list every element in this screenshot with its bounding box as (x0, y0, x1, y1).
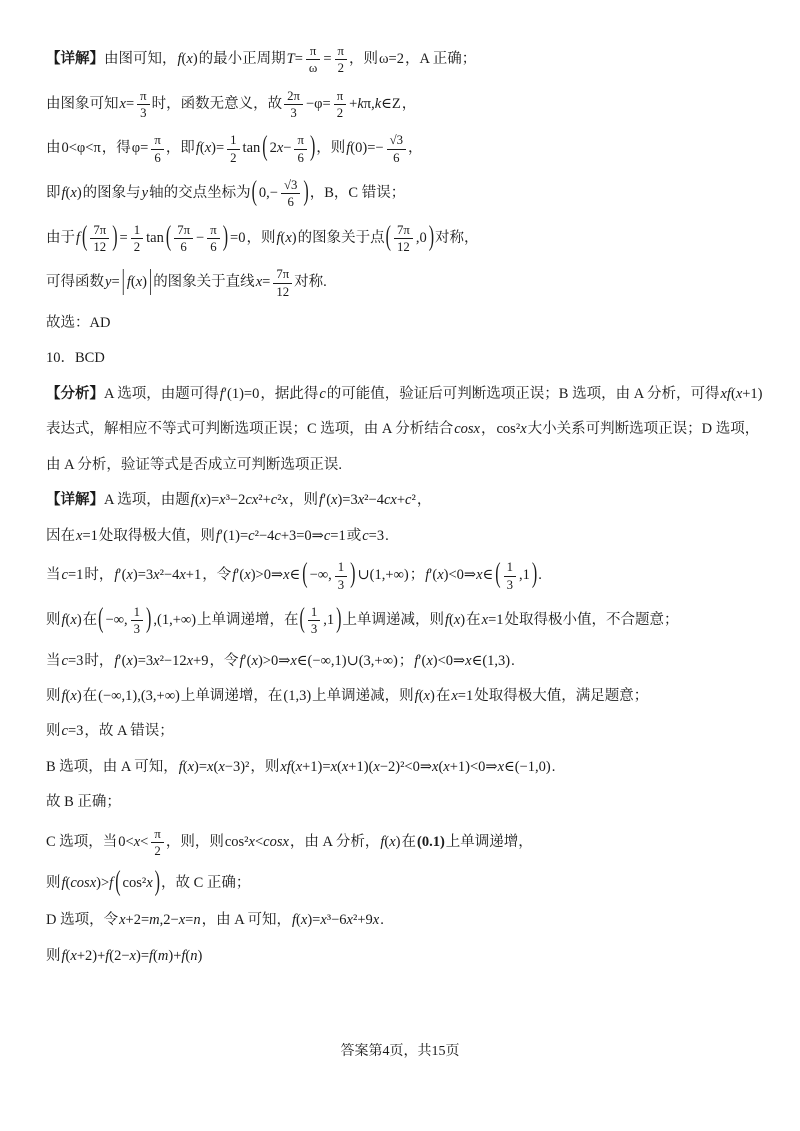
fraction: 7π12 (90, 223, 109, 255)
text-run: 【分析】 (46, 386, 104, 402)
fraction: π6 (207, 223, 219, 255)
math-expression: f(x) (61, 612, 83, 628)
math-expression: (1,3) (282, 688, 312, 704)
math-expression: c (318, 386, 326, 402)
fraction: 7π12 (394, 223, 413, 255)
math-expression: f(x) (126, 274, 148, 290)
text-run: 在 (436, 688, 451, 704)
math-expression: 0,− (258, 185, 279, 201)
math-expression: f(x) (444, 612, 466, 628)
text-run: ， (481, 421, 496, 437)
text-line: 由图象可知x=π3时，函数无意义，故2π3−φ=π2+kπ,k∈Z， (46, 89, 774, 121)
text-run: . (511, 653, 515, 669)
text-line: 当c=3时，f′(x)=3x²−12x+9，令f′(x)>0⇒x∈(−∞,1)∪… (46, 650, 774, 672)
fraction: 13 (335, 560, 347, 592)
text-run: 上单调递增， (446, 834, 533, 850)
math-expression: +kπ,k∈Z (348, 96, 402, 112)
math-expression: =0 (229, 230, 246, 246)
text-run: 轴的交点坐标为 (149, 185, 251, 201)
text-run: 处取得极大值，则 (99, 528, 215, 544)
text-run: 故选：AD (46, 315, 110, 331)
text-run: 大小关系可判断选项正误；D 选项， (528, 421, 760, 437)
text-run: 则 (46, 948, 61, 964)
text-run: 对称， (435, 230, 479, 246)
text-run: ，故 A 错误； (84, 723, 173, 739)
math-expression: f′(x)>0⇒x∈ (231, 567, 301, 583)
math-expression: x+2=m,2−x=n (118, 912, 201, 928)
big-delimiter: ( (302, 553, 307, 598)
fraction: π3 (137, 89, 149, 121)
big-delimiter: ( (300, 598, 305, 643)
math-expression: xf(x+1) (720, 386, 764, 402)
math-expression: f(0)=− (345, 140, 384, 156)
text-run: B 选项，由 A 可知， (46, 759, 178, 775)
text-line: 【分析】A 选项，由题可得f′(1)=0，据此得c的可能值，验证后可判断选项正误… (46, 383, 774, 405)
big-delimiter: ) (146, 598, 151, 643)
fraction: √36 (387, 133, 406, 165)
math-expression: c=1 (61, 567, 85, 583)
text-run: ，令 (209, 653, 238, 669)
text-run: . (538, 567, 542, 583)
math-expression: f(x)=x³−6x²+9x (291, 912, 380, 928)
big-delimiter: ( (166, 216, 171, 261)
text-run: ，则 (289, 492, 318, 508)
text-run: ，即 (166, 140, 195, 156)
text-run: ，得 (102, 140, 131, 156)
text-run: 在 (83, 612, 98, 628)
math-expression: y= (104, 274, 121, 290)
text-line: 【详解】由图可知，f(x)的最小正周期T=πω=π2，则ω=2，A 正确； (46, 44, 774, 76)
text-run: 则 (46, 723, 61, 739)
text-run: 的最小正周期 (199, 51, 286, 67)
fraction: 12 (131, 223, 143, 255)
text-run: A 选项，由题 (104, 492, 190, 508)
fraction: 7π6 (174, 223, 193, 255)
text-run: 上单调递减，则 (342, 612, 444, 628)
text-line: 由0<φ<π，得φ=π6，即f(x)=12tan(2x−π6)，则f(0)=−√… (46, 133, 774, 165)
text-line: 【详解】A 选项，由题f(x)=x³−2cx²+c²x，则f′(x)=3x²−4… (46, 489, 774, 511)
text-run: 的图象与 (83, 185, 141, 201)
text-run: 的图象关于直线 (153, 274, 255, 290)
big-delimiter: ( (98, 598, 103, 643)
math-expression: −φ= (305, 96, 332, 112)
text-run: 则 (46, 688, 61, 704)
fraction: 13 (504, 560, 516, 592)
text-run: 由 (46, 140, 61, 156)
text-run: 因在 (46, 528, 75, 544)
text-run: 时， (84, 653, 113, 669)
big-delimiter: ) (310, 127, 315, 172)
math-expression: 2x− (269, 140, 293, 156)
text-run: ，令 (202, 567, 231, 583)
text-run: 当 (46, 567, 61, 583)
text-run: 由图可知， (104, 51, 177, 67)
math-expression: tan (145, 230, 165, 246)
text-run: 【详解】 (46, 492, 104, 508)
math-expression: (0.1) (416, 834, 446, 850)
text-run: 上单调递增，在 (181, 688, 283, 704)
text-line: D 选项，令x+2=m,2−x=n，由 A 可知，f(x)=x³−6x²+9x. (46, 909, 774, 931)
big-delimiter: ) (336, 598, 341, 643)
math-expression: f(x) (275, 230, 297, 246)
text-line: 则f(cosx)>f(cos²x)，故 C 正确； (46, 872, 774, 897)
fraction: π6 (151, 133, 163, 165)
math-expression: cosx (453, 421, 481, 437)
big-delimiter: ( (262, 127, 267, 172)
text-run: 时，函数无意义，故 (152, 96, 283, 112)
text-run: ，则 (246, 230, 275, 246)
big-delimiter: ( (495, 553, 500, 598)
math-expression: ω=2 (378, 51, 405, 67)
text-run: 10．BCD (46, 350, 105, 366)
math-expression: = (119, 230, 129, 246)
text-run: 故 B 正确； (46, 794, 121, 810)
text-run: A 选项，由题可得 (104, 386, 219, 402)
math-expression: cos²x<cosx (224, 834, 290, 850)
text-line: 可得函数y=|f(x)|的图象关于直线x=7π12对称. (46, 267, 774, 299)
math-expression: xf(x+1)=x(x+1)(x−2)²<0⇒x(x+1)<0⇒x∈(−1,0) (279, 759, 551, 775)
math-expression: T= (286, 51, 304, 67)
text-run: ，据此得 (260, 386, 318, 402)
math-expression: f′(1)=c²−4c+3=0⇒c=1 (215, 528, 347, 544)
text-run: ； (410, 567, 425, 583)
text-run: ， (417, 492, 432, 508)
fraction: 13 (308, 605, 320, 637)
math-expression: f(x) (177, 51, 199, 67)
text-run: 在 (83, 688, 98, 704)
math-expression: c=3 (361, 528, 385, 544)
text-run: 上单调递增，在 (197, 612, 299, 628)
text-run: 在 (402, 834, 417, 850)
math-expression: f(x)=x³−2cx²+c²x (190, 492, 289, 508)
math-expression: x= (119, 96, 136, 112)
answer-sheet-page: 【详解】由图可知，f(x)的最小正周期T=πω=π2，则ω=2，A 正确；由图象… (0, 0, 800, 1131)
text-run: . (552, 759, 556, 775)
text-run: ，A 正确； (405, 51, 476, 67)
text-run: ，由 A 可知， (202, 912, 291, 928)
math-expression: tan (242, 140, 262, 156)
text-run: ，则 (349, 51, 378, 67)
big-delimiter: ) (532, 553, 537, 598)
text-run: 【详解】 (46, 51, 104, 67)
big-delimiter: ) (223, 216, 228, 261)
fraction: π2 (334, 89, 346, 121)
text-line: 则f(x)在(−∞,13),(1,+∞)上单调递增，在(13,1)上单调递减，则… (46, 605, 774, 637)
fraction: √36 (281, 178, 300, 210)
math-expression: ,1 (518, 567, 531, 583)
math-expression: x= (255, 274, 272, 290)
text-run: ， (402, 96, 417, 112)
page-footer: 答案第4页，共15页 (0, 1040, 800, 1060)
text-line: 则f(x)在(−∞,1),(3,+∞)上单调递增，在(1,3)上单调递减，则f(… (46, 685, 774, 707)
math-expression: f′(x)<0⇒x∈(1,3) (413, 653, 511, 669)
text-run: 对称. (294, 274, 327, 290)
big-delimiter: | (149, 261, 152, 306)
math-expression: ,0 (415, 230, 428, 246)
text-run: ，B，C 错误； (310, 185, 405, 201)
math-expression: f(x+2)+f(2−x)=f(m)+f(n) (61, 948, 204, 964)
math-expression: f(x) (379, 834, 401, 850)
math-expression: f(x)=x(x−3)² (178, 759, 251, 775)
text-run: ， (408, 140, 423, 156)
text-line: 10．BCD (46, 347, 774, 369)
text-run: 由于 (46, 230, 75, 246)
fraction: 12 (227, 133, 239, 165)
text-line: 当c=1时，f′(x)=3x²−4x+1，令f′(x)>0⇒x∈(−∞,13)∪… (46, 560, 774, 592)
text-run: 当 (46, 653, 61, 669)
math-expression: cos²x (495, 421, 527, 437)
fraction: 2π3 (284, 89, 303, 121)
math-expression: c=3 (61, 653, 85, 669)
text-run: ； (399, 653, 414, 669)
text-run: 或 (347, 528, 362, 544)
text-line: 则c=3，故 A 错误； (46, 720, 774, 742)
math-expression: f(cosx)>f (61, 875, 115, 891)
math-expression: f(x) (414, 688, 436, 704)
math-expression: f(x) (61, 688, 83, 704)
text-line: 故 B 正确； (46, 791, 774, 813)
text-run: 由图象可知 (46, 96, 119, 112)
text-line: 表达式，解相应不等式可判断选项正误；C 选项，由 A 分析结合cosx，cos²… (46, 418, 774, 440)
text-run: 表达式，解相应不等式可判断选项正误；C 选项，由 A 分析结合 (46, 421, 453, 437)
text-line: 即f(x)的图象与y轴的交点坐标为(0,−√36)，B，C 错误； (46, 178, 774, 210)
text-run: 则 (46, 612, 61, 628)
math-expression: = (322, 51, 332, 67)
text-run: ，则 (316, 140, 345, 156)
fraction: π2 (335, 44, 347, 76)
text-line: 由于f(7π12)=12tan(7π6−π6)=0，则f(x)的图象关于点(7π… (46, 223, 774, 255)
math-expression: −∞, (309, 567, 333, 583)
math-expression: y (141, 185, 149, 201)
big-delimiter: ( (386, 216, 391, 261)
big-delimiter: ( (252, 171, 257, 216)
big-delimiter: ) (112, 216, 117, 261)
fraction: π2 (151, 827, 163, 859)
big-delimiter: ) (429, 216, 434, 261)
text-run: 即 (46, 185, 61, 201)
big-delimiter: | (122, 261, 125, 306)
fraction: π6 (294, 133, 306, 165)
big-delimiter: ) (350, 553, 355, 598)
math-expression: 0<φ<π (61, 140, 102, 156)
math-expression: f′(x)=3x²−12x+9 (113, 653, 209, 669)
math-expression: φ= (131, 140, 150, 156)
text-run: 处取得极大值，满足题意； (474, 688, 648, 704)
text-run: 的图象关于点 (298, 230, 385, 246)
text-run: 时， (84, 567, 113, 583)
text-line: 由 A 分析，验证等式是否成立可判断选项正误. (46, 454, 774, 476)
text-run: 处取得极小值，不合题意； (505, 612, 679, 628)
big-delimiter: ) (303, 171, 308, 216)
text-run: ，则 (250, 759, 279, 775)
fraction: 13 (131, 605, 143, 637)
math-expression: f (75, 230, 81, 246)
math-expression: (−∞,1),(3,+∞) (97, 688, 181, 704)
big-delimiter: ) (155, 861, 160, 906)
fraction: 7π12 (273, 267, 292, 299)
math-expression: f′(x)<0⇒x∈ (424, 567, 494, 583)
math-expression: −∞, (104, 612, 128, 628)
math-expression: f′(x)=3x²−4cx+c² (318, 492, 417, 508)
text-line: C 选项，当0<x<π2，则，则cos²x<cosx，由 A 分析，f(x)在(… (46, 827, 774, 859)
text-run: . (385, 528, 389, 544)
text-line: 则f(x+2)+f(2−x)=f(m)+f(n) (46, 945, 774, 967)
math-expression: x=1 (481, 612, 505, 628)
math-expression: cos²x (122, 875, 154, 891)
text-run: 的可能值，验证后可判断选项正误；B 选项，由 A 分析，可得 (327, 386, 720, 402)
document-body: 【详解】由图可知，f(x)的最小正周期T=πω=π2，则ω=2，A 正确；由图象… (0, 0, 800, 967)
text-run: ，则，则 (166, 834, 224, 850)
text-line: 因在x=1处取得极大值，则f′(1)=c²−4c+3=0⇒c=1或c=3. (46, 525, 774, 547)
text-run: ，由 A 分析， (290, 834, 379, 850)
big-delimiter: ( (82, 216, 87, 261)
text-run: C 选项，当 (46, 834, 117, 850)
text-line: 故选：AD (46, 312, 774, 334)
text-run: D 选项，令 (46, 912, 118, 928)
text-run: 则 (46, 875, 61, 891)
math-expression: f′(1)=0 (219, 386, 261, 402)
math-expression: 0<x< (117, 834, 149, 850)
math-expression: c=3 (61, 723, 85, 739)
text-run: 上单调递减，则 (312, 688, 414, 704)
math-expression: f′(x)=3x²−4x+1 (113, 567, 202, 583)
text-run: 可得函数 (46, 274, 104, 290)
math-expression: ∪(1,+∞) (356, 567, 409, 583)
math-expression: x=1 (450, 688, 474, 704)
math-expression: − (195, 230, 205, 246)
big-delimiter: ( (115, 861, 120, 906)
fraction: πω (306, 44, 320, 76)
text-run: ，故 C 正确； (161, 875, 250, 891)
math-expression: ,(1,+∞) (152, 612, 197, 628)
math-expression: ,1 (322, 612, 335, 628)
math-expression: x=1 (75, 528, 99, 544)
text-line: B 选项，由 A 可知，f(x)=x(x−3)²，则xf(x+1)=x(x+1)… (46, 756, 774, 778)
math-expression: f(x)= (195, 140, 225, 156)
math-expression: f(x) (61, 185, 83, 201)
text-run: 在 (466, 612, 481, 628)
math-expression: f′(x)>0⇒x∈(−∞,1)∪(3,+∞) (238, 653, 398, 669)
text-run: 由 A 分析，验证等式是否成立可判断选项正误. (46, 457, 342, 473)
text-run: . (380, 912, 384, 928)
